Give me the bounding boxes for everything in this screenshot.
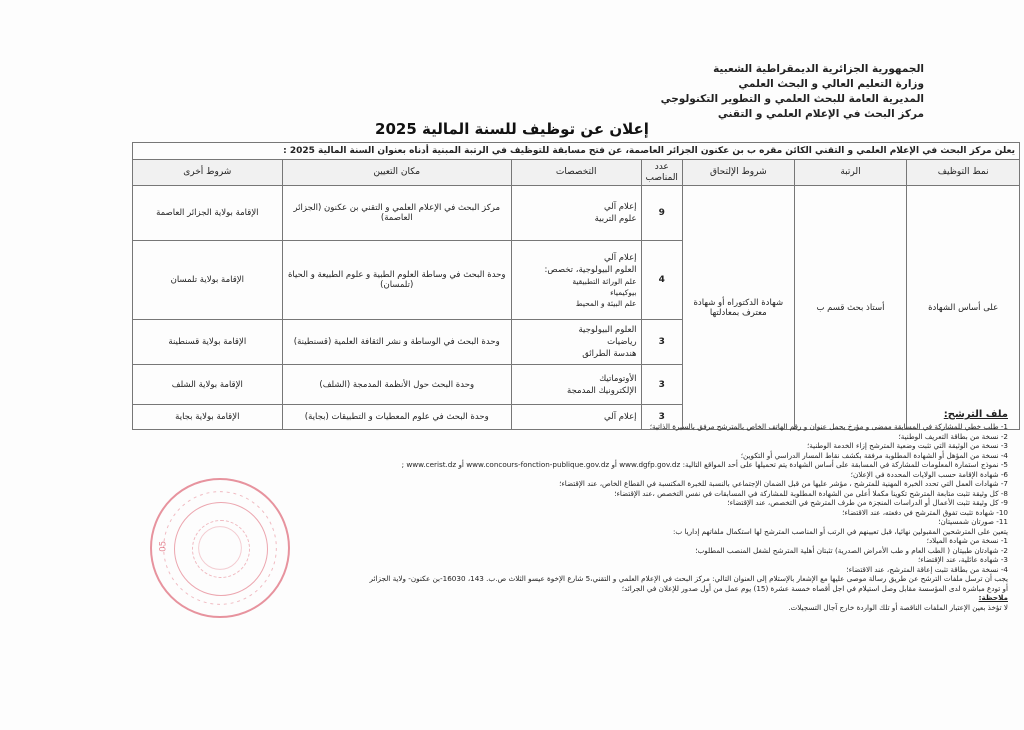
table-intro: يعلن مركز البحث في الإعلام العلمي و التق…: [133, 143, 1020, 160]
specialty: العلوم البيولوجية، تخصص:: [516, 264, 637, 276]
requirement-item: 6- شهادة الإقامة حسب الولايات المحددة في…: [128, 470, 1008, 480]
institution-header: الجمهورية الجزائرية الديمقراطية الشعبية …: [661, 62, 924, 122]
requirement-item: 4- نسخة من المؤهل أو الشهادة المطلوبة مر…: [128, 451, 1008, 461]
table-row: على أساس الشهادة أستاذ بحث قسم ب شهادة ا…: [133, 186, 1020, 241]
other-conditions-cell: الإقامة بولاية الشلف: [133, 365, 283, 405]
website-link[interactable]: www.cerist.dz: [406, 460, 456, 469]
other-conditions-cell: الإقامة بولاية الجزائر العاصمة: [133, 186, 283, 241]
table-header-row: نمط التوظيف الرتبة شروط الإلتحاق عدد الم…: [133, 160, 1020, 186]
assignment-place-cell: وحدة البحث في الوساطة و نشر الثقافة العل…: [282, 320, 511, 365]
requirement-item: 3- نسخة من الوثيقة التي تثبت وضعية المتر…: [128, 441, 1008, 451]
header-assignment-place: مكان التعيين: [282, 160, 511, 186]
grade-cell: أستاذ بحث قسم ب: [794, 186, 907, 430]
specialties-cell: الأوتوماتيك الإلكترونيك المدمجة: [511, 365, 641, 405]
specialties-cell: العلوم البيولوجية رياضيات هندسة الطرائق: [511, 320, 641, 365]
website-link[interactable]: www.dgfp.gov.dz: [619, 460, 680, 469]
header-positions-count: عدد المناصب: [641, 160, 682, 186]
positions-count-cell: 4: [641, 241, 682, 320]
specialty: رياضيات: [516, 336, 637, 348]
assignment-place-cell: مركز البحث في الإعلام العلمي و التقني بن…: [282, 186, 511, 241]
assignment-place-cell: وحدة البحث في وساطة العلوم الطبية و علوم…: [282, 241, 511, 320]
sub-specialty: علم الوراثة التطبيقية: [516, 276, 637, 287]
header-line-republic: الجمهورية الجزائرية الديمقراطية الشعبية: [661, 62, 924, 77]
specialty: إعلام آلي: [516, 252, 637, 264]
header-other-conditions: شروط أخرى: [133, 160, 283, 186]
requirement-item: 2- نسخة من بطاقة التعريف الوطنية؛: [128, 432, 1008, 442]
admission-conditions-cell: شهادة الدكتوراه أو شهادة معترف بمعادلتها: [682, 186, 794, 430]
stamp-number: 05: [159, 541, 169, 552]
separator: أو: [611, 460, 616, 469]
website-link[interactable]: www.concours-fonction-publique.gov.dz: [466, 460, 609, 469]
separator: أو: [458, 460, 463, 469]
recruitment-announcement-page: الجمهورية الجزائرية الديمقراطية الشعبية …: [0, 0, 1024, 730]
specialty: إعلام آلي: [516, 201, 637, 213]
requirement-item: 1- طلب خطي للمشاركة في المسابقة ممضى و م…: [128, 422, 1008, 432]
sub-specialty: بيوكيمياء: [516, 287, 637, 298]
other-conditions-cell: الإقامة بولاية تلمسان: [133, 241, 283, 320]
header-line-directorate: المديرية العامة للبحث العلمي و التطوير ا…: [661, 92, 924, 107]
requirement-item-websites: 5- نموذج استمارة المعلومات للمشاركة في ا…: [128, 460, 1008, 470]
requirement-item: 5- نموذج استمارة المعلومات للمشاركة في ا…: [683, 460, 1008, 469]
positions-count-cell: 3: [641, 320, 682, 365]
header-recruitment-mode: نمط التوظيف: [907, 160, 1020, 186]
specialty: الإلكترونيك المدمجة: [516, 385, 637, 397]
section-title: ملف الترشح:: [128, 408, 1008, 421]
header-grade: الرتبة: [794, 160, 907, 186]
positions-table: يعلن مركز البحث في الإعلام العلمي و التق…: [132, 142, 1020, 430]
specialties-cell: إعلام آلي علوم التربية: [511, 186, 641, 241]
stamp-core: [192, 520, 250, 578]
assignment-place-cell: وحدة البحث حول الأنظمة المدمجة (الشلف): [282, 365, 511, 405]
header-specialties: التخصصات: [511, 160, 641, 186]
specialties-cell: إعلام آلي العلوم البيولوجية، تخصص: علم ا…: [511, 241, 641, 320]
recruitment-mode-cell: على أساس الشهادة: [907, 186, 1020, 430]
specialty: علوم التربية: [516, 213, 637, 225]
positions-count-cell: 9: [641, 186, 682, 241]
specialty: الأوتوماتيك: [516, 373, 637, 385]
header-admission-conditions: شروط الإلتحاق: [682, 160, 794, 186]
page-title: إعلان عن توظيف للسنة المالية 2025: [0, 120, 1024, 138]
specialty: العلوم البيولوجية: [516, 324, 637, 336]
specialty: هندسة الطرائق: [516, 348, 637, 360]
sub-specialty: علم البيئة و المحيط: [516, 298, 637, 309]
punctuation: ;: [402, 460, 404, 469]
official-stamp-icon: 05: [150, 478, 290, 618]
positions-count-cell: 3: [641, 365, 682, 405]
other-conditions-cell: الإقامة بولاية قسنطينة: [133, 320, 283, 365]
header-line-ministry: وزارة التعليم العالي و البحث العلمي: [661, 77, 924, 92]
